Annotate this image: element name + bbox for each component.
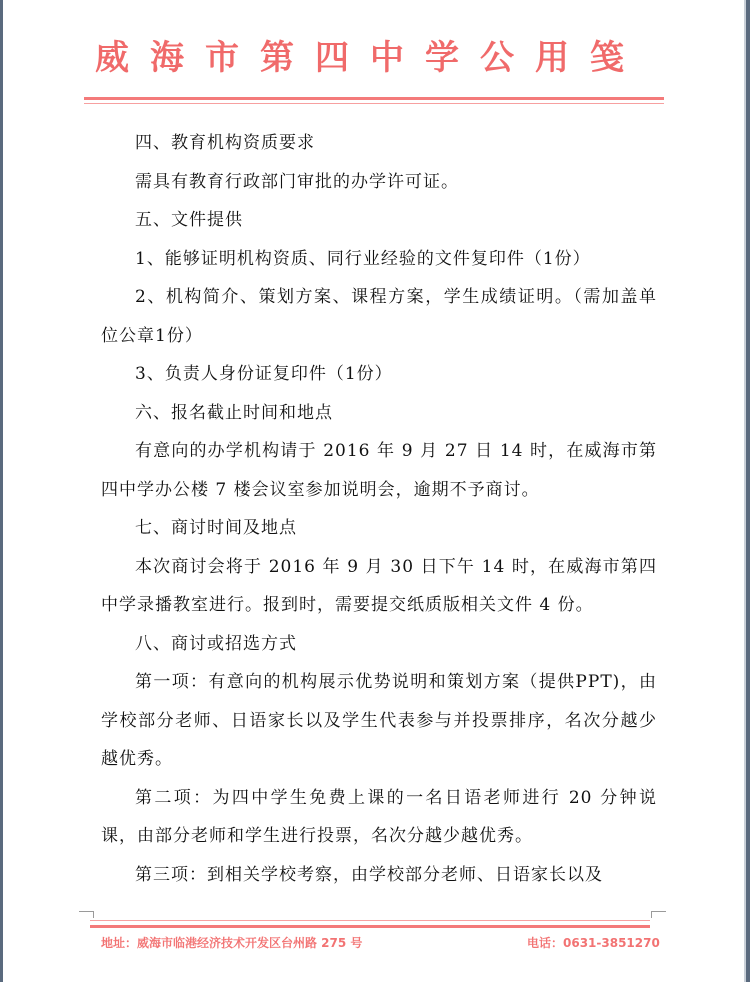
page-corner-mark-right (651, 911, 666, 918)
footer-address: 地址：威海市临港经济技术开发区台州路 275 号 (101, 934, 362, 951)
paragraph: 2、机构简介、策划方案、课程方案，学生成绩证明。（需加盖单位公章1份） (101, 278, 657, 355)
section-heading-8: 八、商讨或招选方式 (101, 625, 657, 664)
header-rule-thin (84, 103, 664, 104)
paragraph: 第二项：为四中学生免费上课的一名日语老师进行 20 分钟说课，由部分老师和学生进… (101, 779, 657, 856)
letterhead-title: 威海市第四中学公用笺 (80, 36, 660, 80)
section-heading-4: 四、教育机构资质要求 (101, 124, 657, 163)
paragraph: 本次商讨会将于 2016 年 9 月 30 日下午 14 时，在威海市第四中学录… (101, 548, 657, 625)
section-heading-5: 五、文件提供 (101, 201, 657, 240)
paragraph: 第三项：到相关学校考察，由学校部分老师、日语家长以及 (101, 856, 657, 895)
paragraph: 需具有教育行政部门审批的办学许可证。 (101, 163, 657, 202)
footer-rule-thick (90, 925, 650, 928)
paragraph: 3、负责人身份证复印件（1份） (101, 355, 657, 394)
section-heading-7: 七、商讨时间及地点 (101, 509, 657, 548)
window-border-right (746, 0, 750, 982)
section-heading-6: 六、报名截止时间和地点 (101, 394, 657, 433)
paragraph: 1、能够证明机构资质、同行业经验的文件复印件（1份） (101, 240, 657, 279)
footer-phone: 电话：0631-3851270 (527, 934, 660, 951)
header-rule-thick (84, 97, 664, 100)
document-body: 四、教育机构资质要求 需具有教育行政部门审批的办学许可证。 五、文件提供 1、能… (101, 124, 657, 894)
paragraph: 第一项：有意向的机构展示优势说明和策划方案（提供PPT)，由学校部分老师、日语家… (101, 663, 657, 779)
window-border-left (0, 0, 3, 982)
paragraph: 有意向的办学机构请于 2016 年 9 月 27 日 14 时，在威海市第四中学… (101, 432, 657, 509)
page-corner-mark-left (79, 911, 94, 918)
footer-rule-thin (90, 920, 650, 921)
